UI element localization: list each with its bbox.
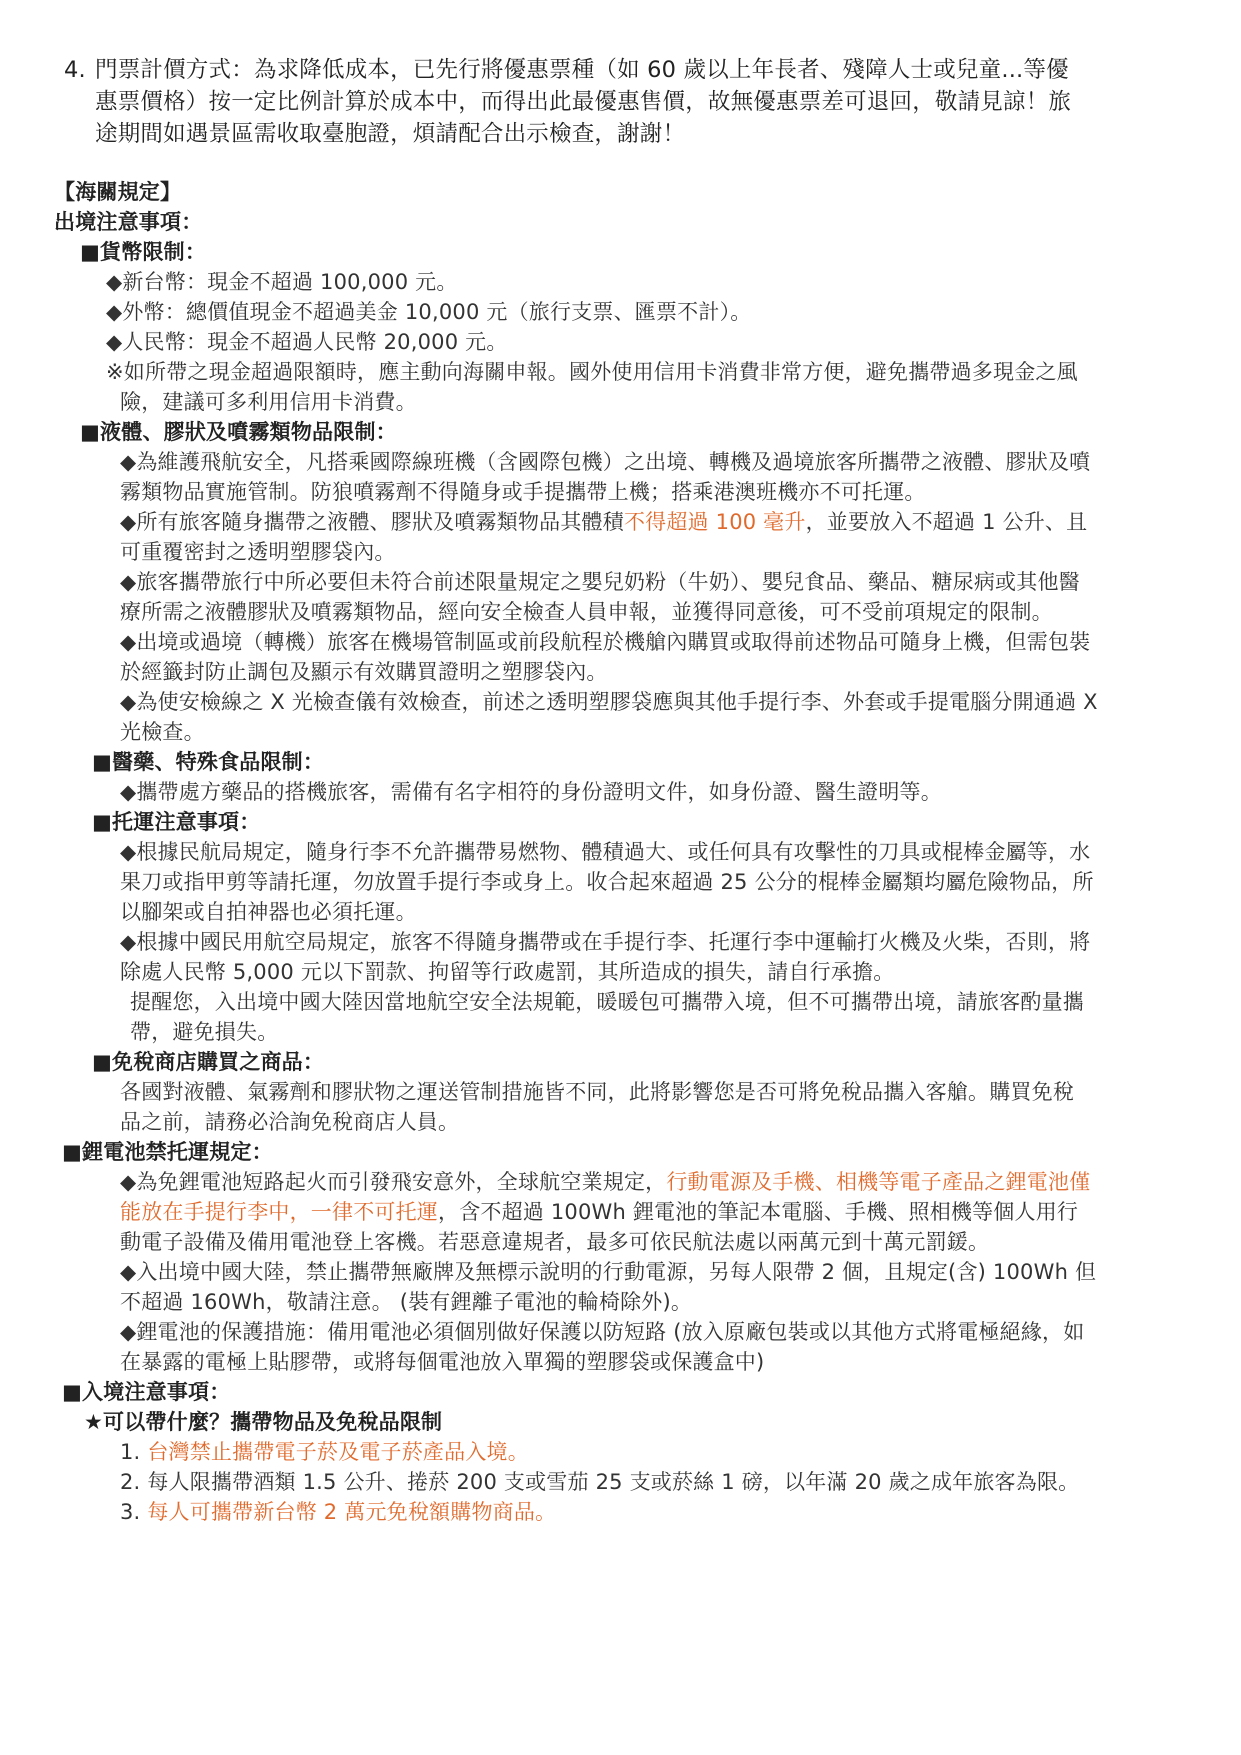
paragraph-line: 惠票價格）按一定比例計算於成本中，而得出此最優惠售價，故無優惠票差可退回，敬請見… [95,86,1071,118]
lithium-title: ■鋰電池禁托運規定： [62,1136,273,1168]
text: ，並要放入不超過 1 公升、且 [806,510,1088,534]
checkin-title: ■托運注意事項： [92,806,260,838]
liquids-title: ■液體、膠狀及噴霧類物品限制： [80,416,397,448]
liquids-item: 光檢查。 [120,716,205,748]
paragraph-line: 途期間如遇景區需收取臺胞證，煩請配合出示檢查，謝謝！ [95,118,685,150]
currency-item: ◆新台幣：現金不超過 100,000 元。 [106,266,458,298]
highlight-text: 台灣禁止攜帶電子菸及電子菸產品入境。 [147,1440,529,1464]
liquids-item: 療所需之液體膠狀及噴霧類物品，經向安全檢查人員申報，並獲得同意後，可不受前項規定… [120,596,1053,628]
highlight-text: 能放在手提行李中，一律不可托運 [120,1200,438,1224]
section-title: 【海關規定】 [54,176,181,208]
lithium-item: 不超過 160Wh，敬請注意。 (裝有鋰離子電池的輪椅除外)。 [120,1286,692,1318]
liquids-item-volume: ◆所有旅客隨身攜帶之液體、膠狀及噴霧類物品其體積不得超過 100 毫升，並要放入… [120,506,1087,538]
text: ，含不超過 100Wh 鋰電池的筆記本電腦、手機、照相機等個人用行 [438,1200,1078,1224]
arrival-item: 1. 台灣禁止攜帶電子菸及電子菸產品入境。 [120,1436,529,1468]
lithium-item: 動電子設備及備用電池登上客機。若惡意違規者，最多可依民航法處以兩萬元到十萬元罰鍰… [120,1226,989,1258]
checkin-item: 果刀或指甲剪等請托運，勿放置手提行李或身上。收合起來超過 25 公分的棍棒金屬類… [120,866,1094,898]
dutyfree-title: ■免稅商店購買之商品： [92,1046,324,1078]
checkin-reminder: 提醒您，入出境中國大陸因當地航空安全法規範，暖暖包可攜帶入境，但不可攜帶出境，請… [130,986,1084,1018]
highlight-text: 行動電源及手機、相機等電子產品之鋰電池僅 [666,1170,1090,1194]
liquids-item: ◆為維護飛航安全，凡搭乘國際線班機（含國際包機）之出境、轉機及過境旅客所攜帶之液… [120,446,1090,478]
lithium-item: ◆入出境中國大陸，禁止攜帶無廠牌及無標示說明的行動電源，另每人限帶 2 個，且規… [120,1256,1096,1288]
departure-title: 出境注意事項： [54,206,202,238]
lithium-item: ◆鋰電池的保護措施：備用電池必須個別做好保護以防短路 (放入原廠包裝或以其他方式… [120,1316,1084,1348]
liquids-item: ◆為使安檢線之 X 光檢查儀有效檢查，前述之透明塑膠袋應與其他手提行李、外套或手… [120,686,1098,718]
checkin-item: 除處人民幣 5,000 元以下罰款、拘留等行政處罰，其所造成的損失，請自行承擔。 [120,956,894,988]
list-number: 4. [64,54,86,86]
checkin-item: ◆根據民航局規定，隨身行李不允許攜帶易燃物、體積過大、或任何具有攻擊性的刀具或棍… [120,836,1090,868]
dutyfree-text: 品之前，請務必洽詢免稅商店人員。 [120,1106,459,1138]
text: 每人限攜帶酒類 1.5 公升、捲菸 200 支或雪茄 25 支或菸絲 1 磅，以… [147,1470,1079,1494]
item-number: 2. [120,1470,140,1494]
lithium-item: ◆為免鋰電池短路起火而引發飛安意外，全球航空業規定，行動電源及手機、相機等電子產… [120,1166,1090,1198]
checkin-reminder: 帶，避免損失。 [130,1016,278,1048]
liquids-item: 於經籤封防止調包及顯示有效購買證明之塑膠袋內。 [120,656,608,688]
currency-item: ◆外幣：總價值現金不超過美金 10,000 元（旅行支票、匯票不計）。 [106,296,751,328]
dutyfree-text: 各國對液體、氣霧劑和膠狀物之運送管制措施皆不同，此將影響您是否可將免稅品攜入客艙… [120,1076,1074,1108]
medicine-item: ◆攜帶處方藥品的搭機旅客，需備有名字相符的身份證明文件，如身份證、醫生證明等。 [120,776,942,808]
liquids-item: ◆出境或過境（轉機）旅客在機場管制區或前段航程於機艙內購買或取得前述物品可隨身上… [120,626,1090,658]
item-number: 1. [120,1440,140,1464]
arrival-item: 2. 每人限攜帶酒類 1.5 公升、捲菸 200 支或雪茄 25 支或菸絲 1 … [120,1466,1079,1498]
highlight-text: 不得超過 100 毫升 [624,510,806,534]
currency-note: 險，建議可多利用信用卡消費。 [120,386,417,418]
arrival-title: ■入境注意事項： [62,1376,230,1408]
currency-title: ■貨幣限制： [80,236,206,268]
arrival-item: 3. 每人可攜帶新台幣 2 萬元免稅額購物商品。 [120,1496,556,1528]
item-number: 3. [120,1500,140,1524]
paragraph-line: 門票計價方式：為求降低成本，已先行將優惠票種（如 60 歲以上年長者、殘障人士或… [95,54,1069,86]
document-page: 4. 門票計價方式：為求降低成本，已先行將優惠票種（如 60 歲以上年長者、殘障… [0,0,1241,1755]
text: ◆所有旅客隨身攜帶之液體、膠狀及噴霧類物品其體積 [120,510,624,534]
lithium-item: 能放在手提行李中，一律不可托運，含不超過 100Wh 鋰電池的筆記本電腦、手機、… [120,1196,1078,1228]
arrival-subtitle: ★可以帶什麼？攜帶物品及免稅品限制 [84,1406,442,1438]
currency-item: ◆人民幣：現金不超過人民幣 20,000 元。 [106,326,508,358]
highlight-text: 每人可攜帶新台幣 2 萬元免稅額購物商品。 [147,1500,556,1524]
liquids-item: 霧類物品實施管制。防狼噴霧劑不得隨身或手提攜帶上機；搭乘港澳班機亦不可托運。 [120,476,926,508]
checkin-item: 以腳架或自拍神器也必須托運。 [120,896,417,928]
lithium-item: 在暴露的電極上貼膠帶，或將每個電池放入單獨的塑膠袋或保護盒中) [120,1346,764,1378]
medicine-title: ■醫藥、特殊食品限制： [92,746,324,778]
liquids-item: 可重覆密封之透明塑膠袋內。 [120,536,396,568]
checkin-item: ◆根據中國民用航空局規定，旅客不得隨身攜帶或在手提行李、托運行李中運輸打火機及火… [120,926,1090,958]
currency-note: ※如所帶之現金超過限額時，應主動向海關申報。國外使用信用卡消費非常方便，避免攜帶… [106,356,1078,388]
liquids-item: ◆旅客攜帶旅行中所必要但未符合前述限量規定之嬰兒奶粉（牛奶）、嬰兒食品、藥品、糖… [120,566,1080,598]
text: ◆為免鋰電池短路起火而引發飛安意外，全球航空業規定， [120,1170,666,1194]
